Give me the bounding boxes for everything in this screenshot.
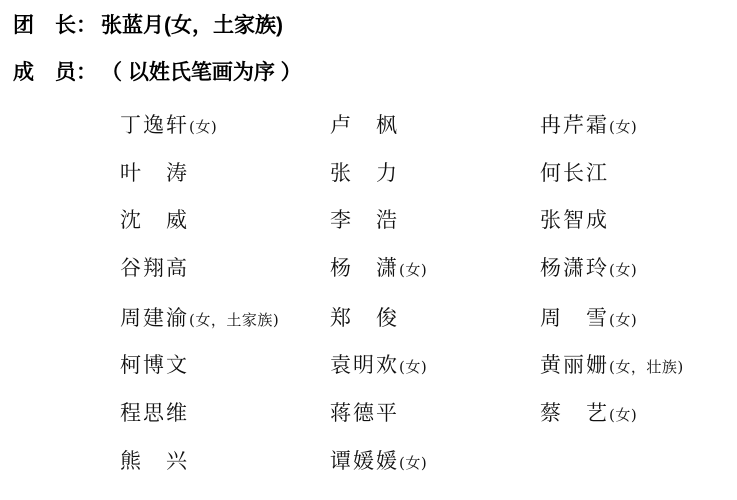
member-note: (女) bbox=[189, 118, 217, 136]
member-entry: 杨潇玲(女) bbox=[540, 255, 637, 283]
member-name: 谷翔高 bbox=[120, 256, 189, 280]
member-entry: 沈 威 bbox=[120, 207, 189, 235]
member-note: (女) bbox=[399, 454, 427, 472]
member-entry: 蒋德平 bbox=[330, 400, 399, 428]
member-note: (女) bbox=[609, 261, 637, 279]
member-name: 周 雪 bbox=[540, 306, 609, 330]
member-name: 冉芹霜 bbox=[540, 113, 609, 137]
member-note: (女) bbox=[399, 261, 427, 279]
member-entry: 周建渝(女，土家族) bbox=[120, 305, 279, 333]
member-entry: 谭媛媛(女) bbox=[330, 448, 427, 476]
member-name: 蒋德平 bbox=[330, 401, 399, 425]
member-entry: 袁明欢(女) bbox=[330, 352, 427, 380]
member-entry: 张 力 bbox=[330, 160, 399, 188]
member-entry: 冉芹霜(女) bbox=[540, 112, 637, 140]
member-name: 李 浩 bbox=[330, 208, 399, 232]
member-name: 何长江 bbox=[540, 161, 609, 185]
member-entry: 李 浩 bbox=[330, 207, 399, 235]
member-name: 杨潇玲 bbox=[540, 256, 609, 280]
member-note: (女，壮族) bbox=[609, 358, 684, 376]
member-note: (女) bbox=[609, 406, 637, 424]
member-name: 杨 潇 bbox=[330, 256, 399, 280]
member-name: 卢 枫 bbox=[330, 113, 399, 137]
member-entry: 黄丽姗(女，壮族) bbox=[540, 352, 684, 380]
member-name: 周建渝 bbox=[120, 306, 189, 330]
member-name: 熊 兴 bbox=[120, 449, 189, 473]
member-entry: 张智成 bbox=[540, 207, 609, 235]
member-name: 柯博文 bbox=[120, 353, 189, 377]
member-name: 蔡 艺 bbox=[540, 401, 609, 425]
member-name: 谭媛媛 bbox=[330, 449, 399, 473]
member-note: (女) bbox=[399, 358, 427, 376]
member-name: 丁逸轩 bbox=[120, 113, 189, 137]
member-entry: 杨 潇(女) bbox=[330, 255, 427, 283]
member-name: 叶 涛 bbox=[120, 161, 189, 185]
member-entry: 周 雪(女) bbox=[540, 305, 637, 333]
member-entry: 蔡 艺(女) bbox=[540, 400, 637, 428]
member-name: 张 力 bbox=[330, 161, 399, 185]
member-name: 黄丽姗 bbox=[540, 353, 609, 377]
member-entry: 郑 俊 bbox=[330, 305, 399, 333]
member-entry: 熊 兴 bbox=[120, 448, 189, 476]
member-name: 郑 俊 bbox=[330, 306, 399, 330]
member-note: (女) bbox=[609, 311, 637, 329]
member-entry: 谷翔高 bbox=[120, 255, 189, 283]
member-name: 袁明欢 bbox=[330, 353, 399, 377]
member-entry: 丁逸轩(女) bbox=[120, 112, 217, 140]
member-entry: 程思维 bbox=[120, 400, 189, 428]
member-entry: 叶 涛 bbox=[120, 160, 189, 188]
member-name: 沈 威 bbox=[120, 208, 189, 232]
member-entry: 柯博文 bbox=[120, 352, 189, 380]
member-name: 张智成 bbox=[540, 208, 609, 232]
member-entry: 何长江 bbox=[540, 160, 609, 188]
member-entry: 卢 枫 bbox=[330, 112, 399, 140]
member-note: (女) bbox=[609, 118, 637, 136]
member-roster: 丁逸轩(女) 叶 涛 沈 威 谷翔高 周建渝(女，土家族) 柯博文 程思维 熊 … bbox=[0, 0, 737, 500]
member-note: (女，土家族) bbox=[189, 311, 279, 329]
member-name: 程思维 bbox=[120, 401, 189, 425]
